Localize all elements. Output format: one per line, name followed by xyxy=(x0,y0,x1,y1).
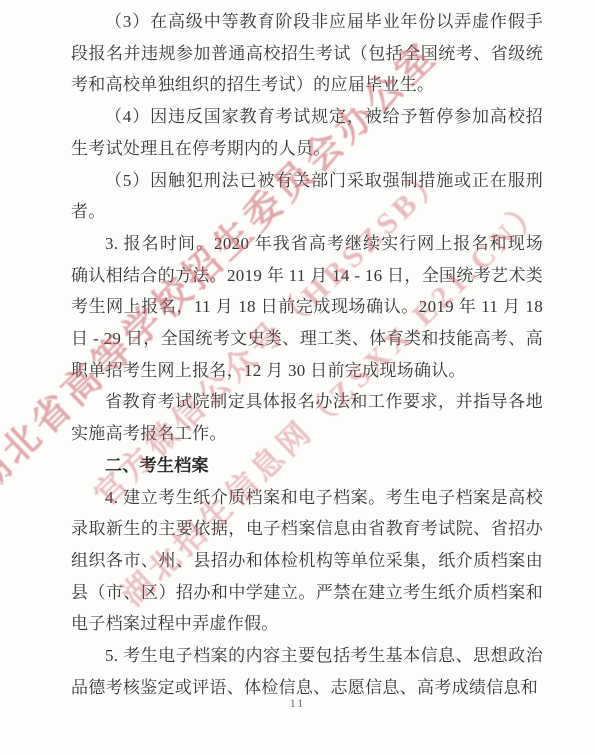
paragraph: 5. 考生电子档案的内容主要包括考生基本信息、思想政治品德考核鉴定或评语、体检信… xyxy=(71,640,543,703)
paragraph: （5）因触犯刑法已被有关部门采取强制措施或正在服刑者。 xyxy=(71,165,543,228)
paragraph: 3. 报名时间。2020 年我省高考继续实行网上报名和现场确认相结合的方法。20… xyxy=(71,228,543,387)
paragraph: 省教育考试院制定具体报名办法和工作要求，并指导各地实施高考报名工作。 xyxy=(71,386,543,449)
paragraph: （3）在高级中等教育阶段非应届毕业年份以弄虚作假手段报名并违规参加普通高校招生考… xyxy=(71,6,543,101)
paragraph: （4）因违反国家教育考试规定，被给予暂停参加高校招生考试处理且在停考期内的人员。 xyxy=(71,101,543,164)
scanned-document-page: 湖北省高等学校招生委员会办公室官方微信公众号（HBSZSB）湖北招生信息网（ZS… xyxy=(0,0,595,755)
section-heading: 二、考生档案 xyxy=(71,450,543,482)
document-body: （3）在高级中等教育阶段非应届毕业年份以弄虚作假手段报名并违规参加普通高校招生考… xyxy=(71,6,543,703)
page-number: 11 xyxy=(0,696,595,711)
paragraph: 4. 建立考生纸介质档案和电子档案。考生电子档案是高校录取新生的主要依据，电子档… xyxy=(71,482,543,641)
